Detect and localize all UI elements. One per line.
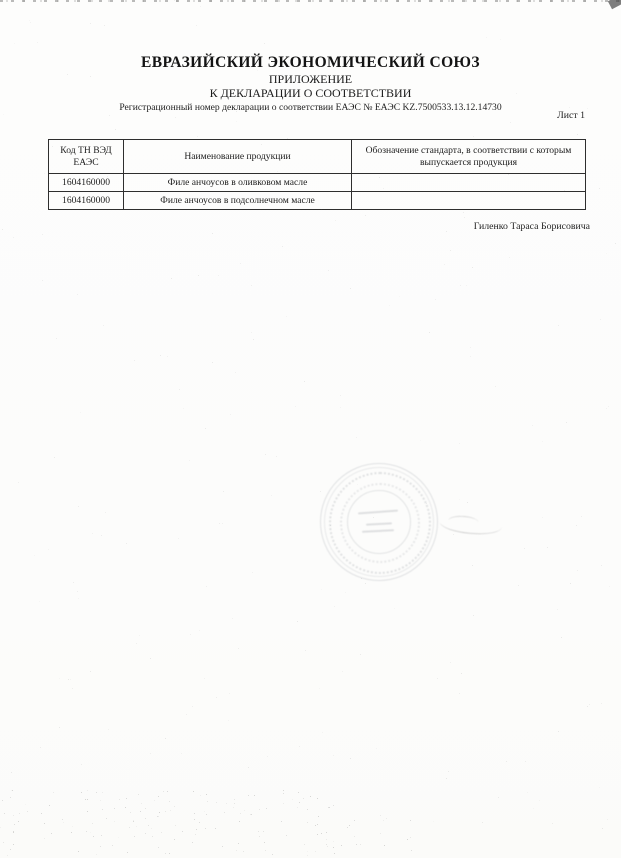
stamp-text-ring-2 [340,483,420,563]
stamp-center-text-mark [366,522,392,525]
stamp-outer-ring-2 [324,467,434,577]
scan-noise [0,0,1,1]
document-subtitle-declaration: К ДЕКЛАРАЦИИ О СООТВЕТСТВИИ [0,87,621,100]
column-header-tnved-code: Код ТН ВЭД ЕАЭС [49,140,124,174]
table-row: 1604160000 Филе анчоусов в подсолнечном … [49,192,586,210]
cell-product-name: Филе анчоусов в оливковом масле [124,174,352,192]
scan-edge-artifact [0,0,621,2]
cell-tnved-code: 1604160000 [49,192,124,210]
document-title: ЕВРАЗИЙСКИЙ ЭКОНОМИЧЕСКИЙ СОЮЗ [0,54,621,71]
stamp-outer-ring [320,463,438,581]
sheet-number: Лист 1 [557,110,585,121]
document-page: ЕВРАЗИЙСКИЙ ЭКОНОМИЧЕСКИЙ СОЮЗ ПРИЛОЖЕНИ… [0,0,621,858]
round-seal-stamp [320,463,438,581]
stamp-center-text-mark [358,510,398,515]
column-header-standard: Обозначение стандарта, в соответствии с … [352,140,586,174]
cell-standard [352,192,586,210]
stamp-center-text-mark [362,529,394,532]
cell-tnved-code: 1604160000 [49,174,124,192]
scan-corner-artifact [608,0,621,9]
document-subtitle-annex: ПРИЛОЖЕНИЕ [0,73,621,86]
table-row: 1604160000 Филе анчоусов в оливковом мас… [49,174,586,192]
pen-signature-mark [439,511,503,538]
table-header-row: Код ТН ВЭД ЕАЭС Наименование продукции О… [49,140,586,174]
cell-product-name: Филе анчоусов в подсолнечном масле [124,192,352,210]
stamp-inner-ring [347,490,411,554]
document-header: ЕВРАЗИЙСКИЙ ЭКОНОМИЧЕСКИЙ СОЮЗ ПРИЛОЖЕНИ… [0,54,621,113]
registration-number-line: Регистрационный номер декларации о соотв… [0,102,621,113]
stamp-text-ring [329,472,431,574]
products-table: Код ТН ВЭД ЕАЭС Наименование продукции О… [48,139,586,210]
cell-standard [352,174,586,192]
column-header-product-name: Наименование продукции [124,140,352,174]
declarant-name: Гиленко Тараса Борисовича [474,221,590,232]
